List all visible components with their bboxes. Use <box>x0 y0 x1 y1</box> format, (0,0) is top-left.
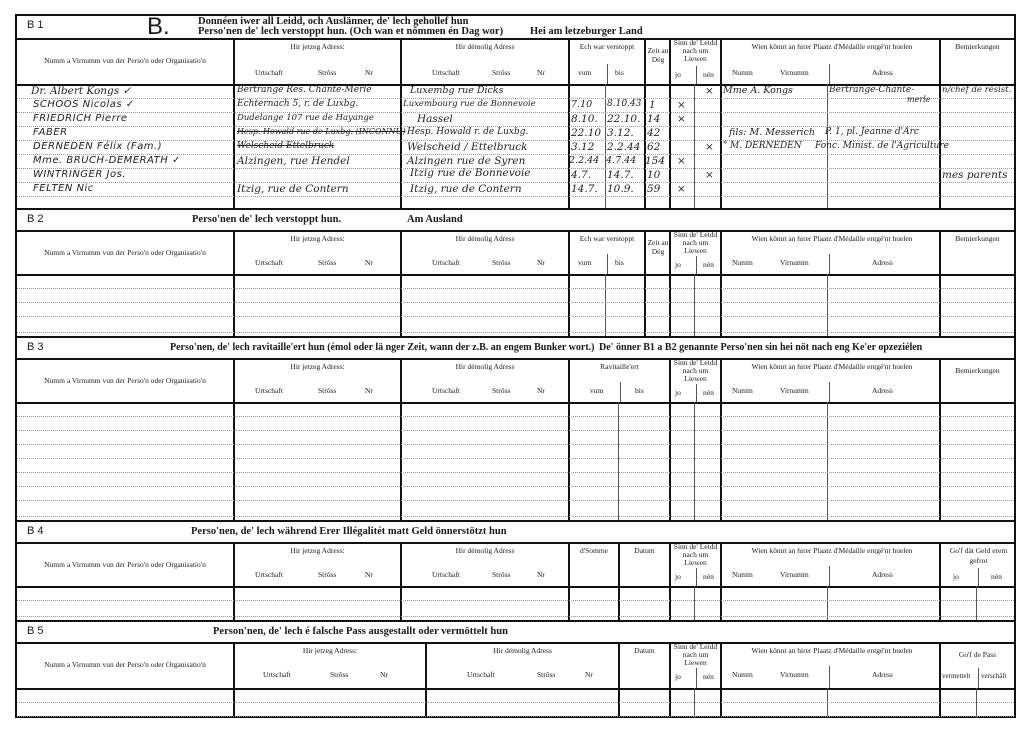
col-from: vum <box>578 258 591 267</box>
col-date: Datum <box>620 546 669 555</box>
col-street: Strôss <box>492 258 510 267</box>
section-title-line2: Perso'nen de' lech verstoppt hun. (Och w… <box>198 26 503 37</box>
col-locality: Urtschaft <box>255 386 283 395</box>
col-number: Nr <box>537 386 545 395</box>
col-medal-address: Adress <box>872 68 893 77</box>
col-medal-name: Numm <box>732 386 753 395</box>
entry-name: WINTRINGER Jos. <box>33 169 126 180</box>
col-medal-name: Numm <box>732 670 753 679</box>
entry-to: 3.12. <box>607 127 634 139</box>
col-current-address: Hir jetzeg Adress: <box>235 646 425 655</box>
section-code: B 4 <box>27 525 44 537</box>
b3-data-grid <box>17 402 1014 520</box>
entry-alive-yes: × <box>677 155 686 167</box>
entry-to: 22.10. <box>607 113 640 125</box>
col-street: Strôss <box>492 386 510 395</box>
b2-data-grid <box>17 274 1014 336</box>
entry-current-address: Alzingen, rue Hendel <box>237 155 350 167</box>
entry-former-address: Hesp. Howald r. de Luxbg. <box>407 127 528 137</box>
entry-medal-firstname: P. 1, pl. Jeanne d'Arc <box>825 127 919 137</box>
entry-days: 42 <box>647 127 660 139</box>
col-name: Numm a Virnumm vun der Perso'n oder Orga… <box>17 560 233 569</box>
col-number: Nr <box>585 670 593 679</box>
col-medal: Wien könnt an hirer Plaatz d'Médaille en… <box>732 362 932 372</box>
resistance-questionnaire-form-b: B 1 B. Donnéen iwer all Leidd, och Auslä… <box>15 14 1016 718</box>
col-yes: jo <box>953 572 959 581</box>
col-locality: Urtschaft <box>432 68 460 77</box>
entry-days: 59 <box>647 183 660 195</box>
entry-remarks: mes parents <box>942 169 1007 181</box>
col-current-address: Hir jetzeg Adress: <box>235 546 400 555</box>
col-medal-name: Numm <box>732 68 753 77</box>
section-code: B 2 <box>27 213 44 225</box>
section-b2-title-row: B 2 Perso'nen de' lech verstoppt hun. Am… <box>17 210 1014 232</box>
col-yes: jo <box>675 672 681 681</box>
col-medal-address: Adress <box>872 670 893 679</box>
col-supplied: Ravitaille'ert <box>570 362 669 371</box>
entry-former-address: Hassel <box>417 113 453 125</box>
col-remarks: Bemierkungen <box>941 366 1014 375</box>
entry-medal-name: " M. DERNEDEN <box>723 141 802 151</box>
col-locality: Urtschaft <box>432 258 460 267</box>
col-days: Zeit an Dég <box>647 238 669 256</box>
col-street: Strôss <box>318 258 336 267</box>
col-yes: jo <box>675 260 681 269</box>
col-medal-firstname: Virnumm <box>780 258 809 267</box>
col-street: Strôss <box>537 670 555 679</box>
col-to: bis <box>635 386 644 395</box>
col-locality: Urtschaft <box>255 258 283 267</box>
entry-alive-no: × <box>705 141 714 153</box>
entry-former-address: Itzig, rue de Contern <box>410 183 522 195</box>
form-letter: B. <box>147 13 170 41</box>
b1-data-grid: Dr. Albert Kongs ✓ Bertrange Rés. Chante… <box>17 84 1014 208</box>
col-medal: Wien könnt an hirer Plaatz d'Médaille en… <box>732 234 932 244</box>
col-medal-address: Adress <box>872 386 893 395</box>
col-no: nén <box>703 70 714 79</box>
col-medal: Wien könnt an hirer Plaatz d'Médaille en… <box>732 546 932 556</box>
entry-name: FRIEDRICH Pierre <box>33 113 128 124</box>
col-current-address: Hir jetzeg Adress: <box>235 42 400 51</box>
entry-from: 4.7. <box>571 169 591 181</box>
col-number: Nr <box>537 570 545 579</box>
col-no: nén <box>703 572 714 581</box>
col-still-alive: Sinn de' Leidd nach um Liewen <box>671 543 720 567</box>
entry-current-address: Dudelange 107 rue de Hayange <box>237 113 374 123</box>
section-code: B 3 <box>27 341 44 353</box>
entry-medal-name: Mme A. Kongs <box>723 85 793 96</box>
col-still-alive: Sinn de' Leidd nach um Liewen <box>671 39 720 63</box>
col-remarks: Bemierkungen <box>941 42 1014 51</box>
section-title: Perso'nen, de' lech ravitaille'ert hun (… <box>170 342 595 353</box>
col-no: nén <box>703 260 714 269</box>
entry-current-address: Echternach 5, r. de Luxbg. <box>237 99 358 109</box>
entry-to: 10.9. <box>607 183 634 195</box>
col-medal-address: Adress <box>872 570 893 579</box>
col-sum: d'Somme <box>570 546 618 555</box>
col-remarks: Bemierkungen <box>941 234 1014 243</box>
col-yes: jo <box>675 572 681 581</box>
col-number: Nr <box>365 386 373 395</box>
entry-former-address: Luxembg rue Dicks <box>410 85 504 96</box>
col-number: Nr <box>365 570 373 579</box>
col-medal-firstname: Virnumm <box>780 570 809 579</box>
entry-remarks: n/chef de résist. <box>942 85 1011 95</box>
col-locality: Urtschaft <box>255 68 283 77</box>
entry-from: 14.7. <box>571 183 598 195</box>
b4-data-grid <box>17 586 1014 620</box>
entry-former-address: Alzingen rue de Syren <box>407 155 525 167</box>
entry-to: 8.10.43 <box>607 99 641 109</box>
entry-medal-name: fils: M. Messerich <box>729 127 815 138</box>
col-street: Strôss <box>318 570 336 579</box>
entry-to: 2.2.44 <box>607 141 640 153</box>
entry-name: DERNEDEN Félix (Fam.) <box>33 141 162 152</box>
col-former-address: Hir démolig Adress <box>402 546 568 555</box>
entry-medal-firstname: Fonc. Minist. de l'Agriculture <box>815 141 949 151</box>
entry-alive-yes: × <box>677 183 686 195</box>
col-pass-mediated: vermettelt <box>942 672 970 680</box>
section-b2: B 2 Perso'nen de' lech verstoppt hun. Am… <box>17 210 1014 338</box>
entry-medal-firstname: Bertrange-Chante- <box>829 85 914 95</box>
col-from: vum <box>590 386 603 395</box>
column-header-row: Numm a Virnumm vun der Perso'n oder Orga… <box>17 38 1014 86</box>
col-number: Nr <box>365 68 373 77</box>
column-header-row: Numm a Virnumm vun der Perso'n oder Orga… <box>17 230 1014 276</box>
col-former-address: Hir démolig Adress <box>402 234 568 243</box>
col-pass: Go'f de Pass <box>941 650 1014 659</box>
col-current-address: Hir jetzeg Adress: <box>235 362 400 371</box>
col-medal-name: Numm <box>732 570 753 579</box>
col-still-alive: Sinn de' Leidd nach um Liewen <box>671 359 720 383</box>
entry-former-address: Luxembourg rue de Bonnevoie <box>403 99 536 109</box>
entry-days: 10 <box>647 169 660 181</box>
entry-former-address: Welscheid / Ettelbruck <box>407 141 527 153</box>
col-street: Strôss <box>318 386 336 395</box>
entry-alive-yes: × <box>677 113 686 125</box>
entry-from: 3.12 <box>571 141 594 153</box>
col-number: Nr <box>537 68 545 77</box>
column-header-row: Numm a Virnumm vun der Perso'n oder Orga… <box>17 542 1014 588</box>
entry-current-address: Itzig, rue de Contern <box>237 183 349 195</box>
col-no: nén <box>703 672 714 681</box>
col-no: nén <box>991 572 1002 581</box>
entry-name: Dr. Albert Kongs ✓ <box>31 85 131 97</box>
entry-days: 14 <box>647 113 660 125</box>
col-street: Strôss <box>492 570 510 579</box>
col-days: Zeit an Dég <box>647 46 669 64</box>
col-medal-name: Numm <box>732 258 753 267</box>
col-street: Strôss <box>330 670 348 679</box>
col-to: bis <box>615 258 624 267</box>
col-street: Strôss <box>492 68 510 77</box>
entry-from: 2.2.44 <box>569 155 599 166</box>
col-no: nén <box>703 388 714 397</box>
entry-current-address: Welscheid Ettelbruck <box>237 141 334 151</box>
col-name: Numm a Virnumm vun der Perso'n oder Orga… <box>17 56 233 65</box>
col-current-address: Hir jetzeg Adress: <box>235 234 400 243</box>
column-header-row: Numm a Virnumm vun der Perso'n oder Orga… <box>17 642 1014 690</box>
entry-former-address: Itzig rue de Bonnevoie <box>410 167 531 179</box>
b5-data-grid <box>17 688 1014 718</box>
col-hidden: Ech war verstoppt <box>570 234 644 243</box>
col-yes: jo <box>675 70 681 79</box>
col-locality: Urtschaft <box>255 570 283 579</box>
section-b1-title-row: B 1 B. Donnéen iwer all Leidd, och Auslä… <box>17 16 1014 40</box>
section-b4: B 4 Perso'nen, de' lech während Erer Ill… <box>17 522 1014 622</box>
col-number: Nr <box>537 258 545 267</box>
col-medal-firstname: Virnumm <box>780 386 809 395</box>
col-number: Nr <box>365 258 373 267</box>
entry-from: 22.10 <box>571 127 601 139</box>
entry-days: 1 <box>649 99 656 111</box>
entry-medal-address: merle <box>907 95 930 104</box>
entry-alive-no: × <box>705 85 714 97</box>
entry-name: FELTEN Nic <box>33 183 94 194</box>
col-locality: Urtschaft <box>432 570 460 579</box>
entry-current-address: Hesp. Howald rue de Luxbg. (INCONNU) <box>237 127 405 136</box>
col-yes: jo <box>675 388 681 397</box>
col-date: Datum <box>620 646 669 655</box>
col-medal: Wien könnt an hirer Plaatz d'Médaille en… <box>732 42 932 52</box>
col-still-alive: Sinn de' Leidd nach um Liewen <box>671 231 720 255</box>
col-former-address: Hir démolig Adress <box>427 646 618 655</box>
col-medal-address: Adress <box>872 258 893 267</box>
col-former-address: Hir démolig Adress <box>402 362 568 371</box>
entry-alive-no: × <box>705 169 714 181</box>
entry-alive-yes: × <box>677 99 686 111</box>
section-b3: B 3 Perso'nen, de' lech ravitaille'ert h… <box>17 338 1014 522</box>
col-still-alive: Sinn de' Leidd nach um Liewen <box>671 643 720 667</box>
col-hidden: Ech war verstoppt <box>570 42 644 51</box>
section-title: Perso'nen, de' lech während Erer Illégal… <box>191 526 507 537</box>
col-medal-firstname: Virnumm <box>780 68 809 77</box>
col-name: Numm a Virnumm vun der Perso'n oder Orga… <box>17 376 233 385</box>
col-to: bis <box>615 68 624 77</box>
entry-to: 4.7.44 <box>606 155 636 166</box>
section-b4-title-row: B 4 Perso'nen, de' lech während Erer Ill… <box>17 522 1014 544</box>
entry-to: 14.7. <box>607 169 634 181</box>
col-name: Numm a Virnumm vun der Perso'n oder Orga… <box>17 248 233 257</box>
col-number: Nr <box>380 670 388 679</box>
section-code: B 1 <box>27 19 44 31</box>
entry-name: Mme. BRUCH-DEMERATH ✓ <box>33 155 181 166</box>
col-medal: Wien könnt an hirer Plaatz d'Médaille en… <box>732 646 932 656</box>
section-code: B 5 <box>27 625 44 637</box>
column-header-row: Numm a Virnumm vun der Perso'n oder Orga… <box>17 358 1014 404</box>
entry-name: FABER <box>33 127 68 138</box>
section-b5: B 5 Person'nen, de' lech é falsche Pass … <box>17 622 1014 718</box>
col-medal-firstname: Virnumm <box>780 670 809 679</box>
section-title: Person'nen, de' lech é falsche Pass ausg… <box>213 626 508 637</box>
col-locality: Urtschaft <box>467 670 495 679</box>
section-b5-title-row: B 5 Person'nen, de' lech é falsche Pass … <box>17 622 1014 644</box>
section-b1: B 1 B. Donnéen iwer all Leidd, och Auslä… <box>17 16 1014 210</box>
col-name: Numm a Virnumm vun der Perso'n oder Orga… <box>17 660 233 669</box>
col-pass-gifted: verschâft <box>981 672 1007 680</box>
entry-from: 7.10 <box>571 99 592 110</box>
section-b3-title-row: B 3 Perso'nen, de' lech ravitaille'ert h… <box>17 338 1014 360</box>
col-locality: Urtschaft <box>432 386 460 395</box>
col-street: Strôss <box>318 68 336 77</box>
col-former-address: Hir démolig Adress <box>402 42 568 51</box>
entry-current-address: Bertrange Rés. Chante-Merle <box>237 85 372 95</box>
section-title-right: De' önner B1 a B2 genannte Perso'nen sin… <box>599 342 922 353</box>
col-money-returned: Go'f dät Geld erem gefrot <box>943 546 1014 566</box>
section-title: Perso'nen de' lech verstoppt hun. <box>192 214 341 225</box>
col-locality: Urtschaft <box>263 670 291 679</box>
section-title-right: Hei am letzeburger Land <box>530 26 643 37</box>
entry-days: 62 <box>647 141 660 153</box>
col-from: vum <box>578 68 591 77</box>
section-title-right: Am Ausland <box>407 214 463 225</box>
entry-name: SCHOOS Nicolas ✓ <box>33 99 135 110</box>
entry-days: 154 <box>645 155 665 167</box>
entry-from: 8.10. <box>571 113 598 125</box>
